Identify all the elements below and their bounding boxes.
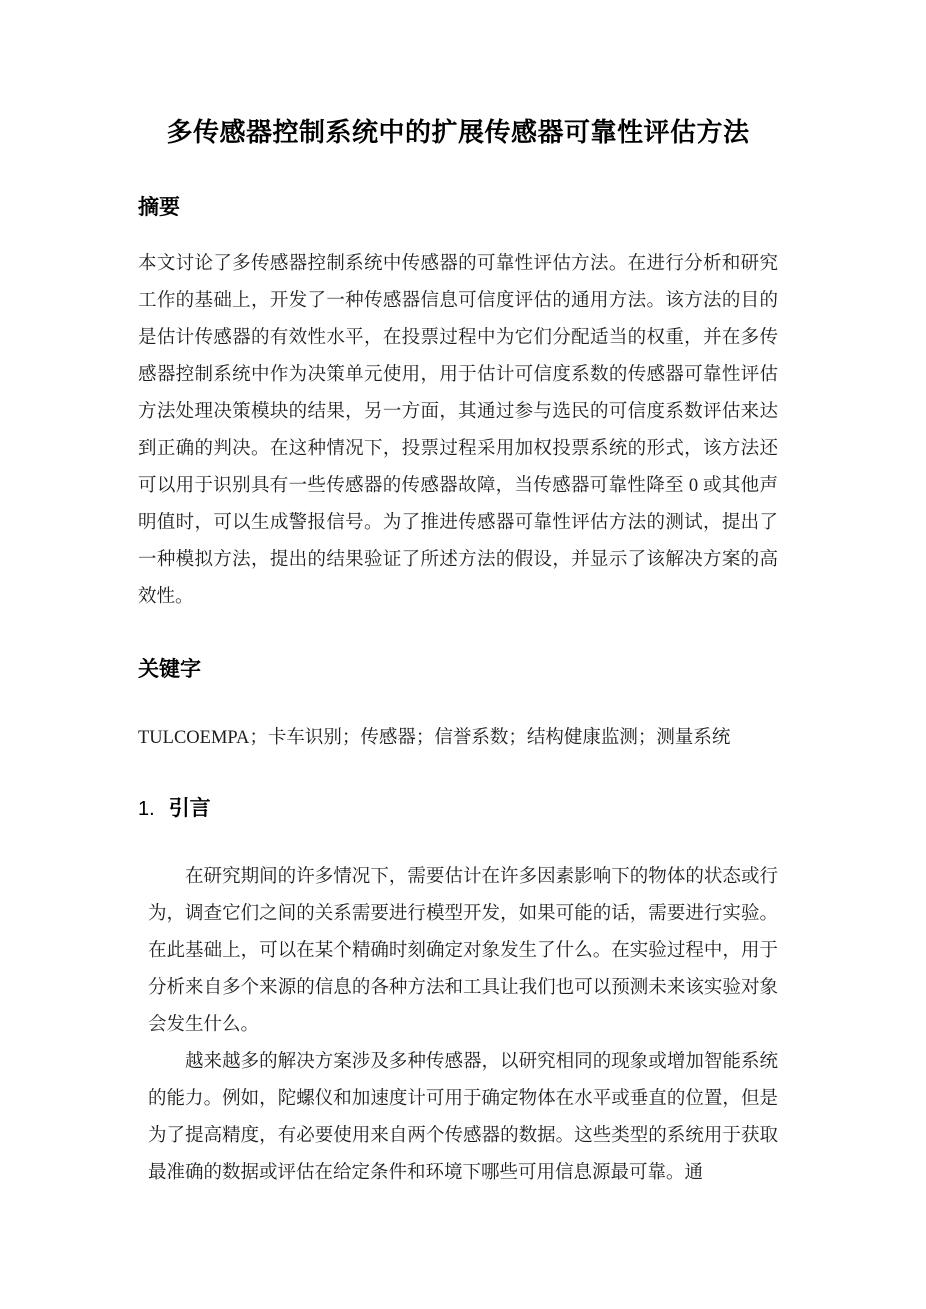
introduction-heading: 1.引言 (138, 795, 778, 823)
document-content: 多传感器控制系统中的扩展传感器可靠性评估方法 摘要 本文讨论了多传感器控制系统中… (0, 112, 926, 1192)
document-page: 多传感器控制系统中的扩展传感器可靠性评估方法 摘要 本文讨论了多传感器控制系统中… (0, 0, 926, 1309)
abstract-heading: 摘要 (138, 194, 778, 222)
abstract-paragraph: 本文讨论了多传感器控制系统中传感器的可靠性评估方法。在进行分析和研究工作的基础上… (138, 246, 778, 616)
keywords-heading: 关键字 (138, 656, 778, 684)
document-title: 多传感器控制系统中的扩展传感器可靠性评估方法 (138, 112, 778, 152)
keywords-line: TULCOEMPA；卡车识别；传感器；信誉系数；结构健康监测；测量系统 (138, 720, 778, 757)
section-number: 1. (138, 798, 155, 820)
section-title: 引言 (169, 797, 211, 820)
intro-paragraph-2: 越来越多的解决方案涉及多种传感器，以研究相同的现象或增加智能系统的能力。例如，陀… (148, 1044, 778, 1192)
intro-paragraph-1: 在研究期间的许多情况下，需要估计在许多因素影响下的物体的状态或行为，调查它们之间… (148, 859, 778, 1044)
introduction-body: 在研究期间的许多情况下，需要估计在许多因素影响下的物体的状态或行为，调查它们之间… (148, 859, 778, 1192)
